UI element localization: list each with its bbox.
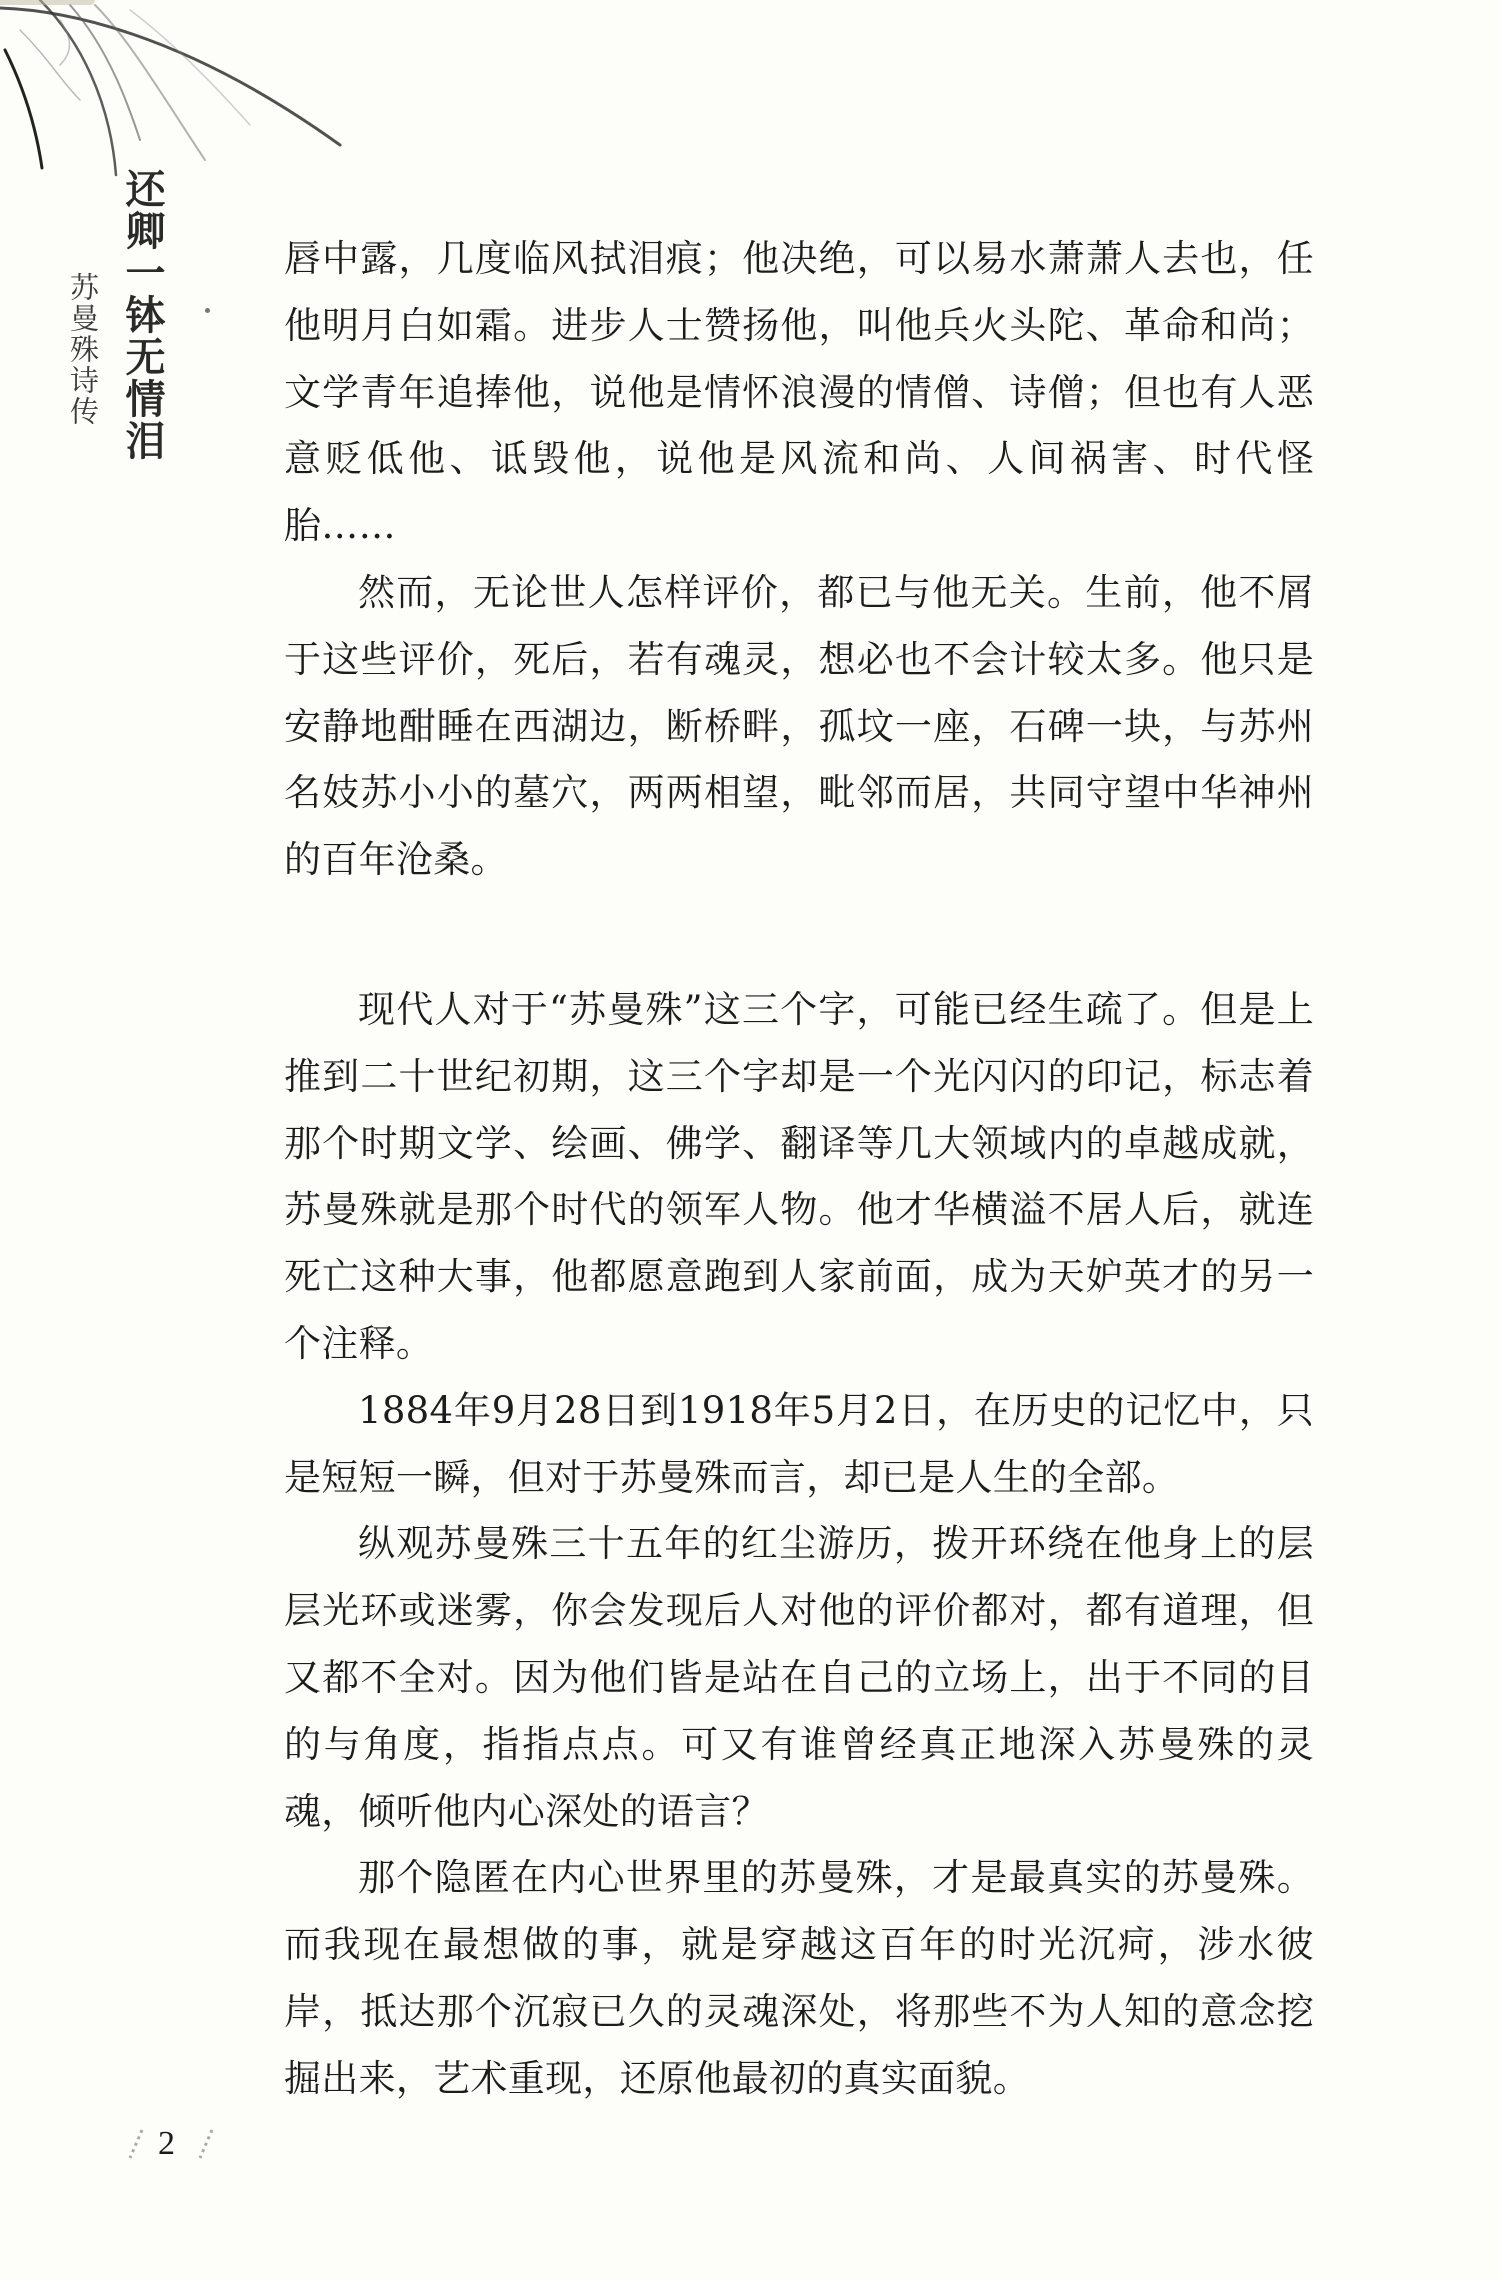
paragraph: 唇中露，几度临风拭泪痕；他决绝，可以易水萧萧人去也，任他明月白如霜。进步人士赞扬… (284, 226, 1314, 560)
grass-ink-painting-icon (0, 0, 400, 190)
page-number: 2 (158, 2125, 175, 2163)
paragraph: 1884年9月28日到1918年5月2日，在历史的记忆中，只是短短一瞬，但对于苏… (284, 1378, 1314, 1512)
section-gap (284, 894, 1314, 977)
body-text: 唇中露，几度临风拭泪痕；他决绝，可以易水萧萧人去也，任他明月白如霜。进步人士赞扬… (284, 226, 1314, 2113)
paragraph: 然而，无论世人怎样评价，都已与他无关。生前，他不屑于这些评价，死后，若有魂灵，想… (284, 560, 1314, 894)
paragraph: 纵观苏曼殊三十五年的红尘游历，拨开环绕在他身上的层层光环或迷雾，你会发现后人对他… (284, 1511, 1314, 1845)
page-number-ornament-right (198, 2128, 214, 2160)
series-title: 还卿一钵无情泪 (118, 168, 168, 462)
book-page: 还卿一钵无情泪 苏曼殊诗传 唇中露，几度临风拭泪痕；他决绝，可以易水萧萧人去也，… (0, 0, 1500, 2281)
paragraph: 那个隐匿在内心世界里的苏曼殊，才是最真实的苏曼殊。而我现在最想做的事，就是穿越这… (284, 1845, 1314, 2112)
ink-dot (205, 308, 210, 313)
page-number-ornament-left (128, 2128, 144, 2160)
paragraph: 现代人对于“苏曼殊”这三个字，可能已经生疏了。但是上推到二十世纪初期，这三个字却… (284, 977, 1314, 1378)
book-subtitle: 苏曼殊诗传 (66, 272, 100, 427)
